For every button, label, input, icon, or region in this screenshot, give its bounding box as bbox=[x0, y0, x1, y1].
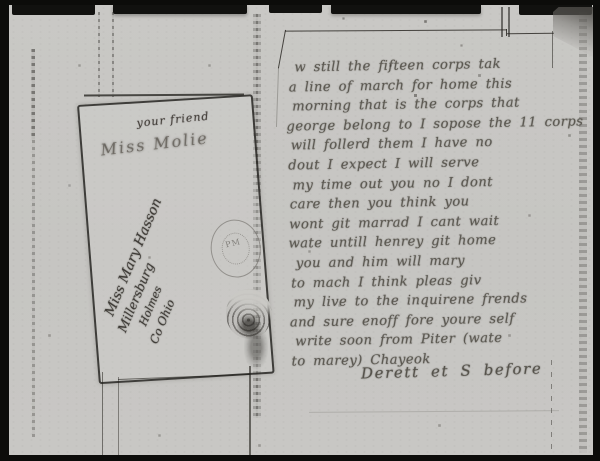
top-edge-bar bbox=[113, 5, 247, 14]
fold-band-left-top bbox=[31, 49, 35, 139]
top-edge-bar bbox=[331, 5, 481, 14]
envelope: your friend Miss Molie Miss Mary HassonM… bbox=[77, 94, 275, 384]
paper-crease bbox=[309, 410, 559, 413]
letter-page-top-edge bbox=[285, 29, 507, 32]
photograph: your friend Miss Molie Miss Mary HassonM… bbox=[9, 5, 593, 455]
signature: Derett et S before bbox=[361, 359, 543, 382]
top-slot-line bbox=[501, 7, 503, 37]
letter-body: w still the fifteen corps taka line of m… bbox=[285, 53, 584, 372]
envelope-address: Miss Mary HassonMillersburgHolmesCo Ohio bbox=[92, 167, 225, 361]
letter-page-fold-line bbox=[551, 360, 552, 452]
letter-page-left-edge bbox=[276, 67, 279, 127]
sheet-edge-line bbox=[98, 12, 100, 97]
letter-page-top-edge bbox=[507, 33, 554, 35]
lower-sheet-edge bbox=[249, 366, 251, 455]
lower-sheet-edge bbox=[118, 377, 119, 455]
envelope-greeting: your friend bbox=[136, 110, 210, 130]
top-edge-bar bbox=[12, 5, 95, 15]
top-edge-bar bbox=[269, 5, 322, 13]
cancellation-smudge-icon bbox=[224, 287, 273, 340]
sheet-edge-line bbox=[112, 12, 114, 97]
lower-sheet-edge bbox=[102, 372, 103, 455]
postmark-icon: PM bbox=[209, 218, 263, 279]
dust-speckles bbox=[9, 5, 10, 6]
envelope-name: Miss Molie bbox=[99, 128, 209, 159]
corner-shadow bbox=[553, 7, 593, 57]
